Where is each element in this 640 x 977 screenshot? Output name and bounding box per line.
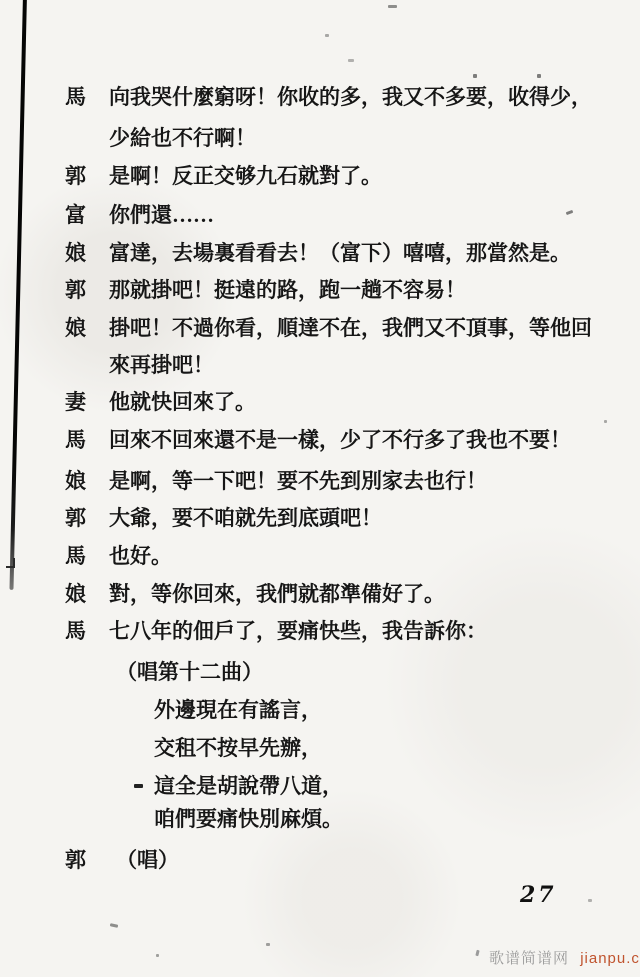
watermark: 歌谱简谱网 jianpu.cn <box>489 947 640 968</box>
speaker-label: 郭 <box>65 163 86 190</box>
stage-direction-text: （唱） <box>116 847 179 874</box>
speaker-label: 娘 <box>65 240 86 267</box>
scan-speck <box>348 59 354 62</box>
watermark-tick-mark <box>475 950 479 957</box>
dialogue-text: 回來不回來還不是一樣，少了不行多了我也不要！ <box>109 427 571 454</box>
scan-speck <box>325 34 329 37</box>
scan-speck <box>110 923 118 928</box>
speaker-label: 娘 <box>65 315 86 342</box>
script-line: 娘 是啊，等一下吧！要不先到別家去也行！ <box>0 468 640 498</box>
dialogue-text: 富達，去場裏看看去！（富下）嘻嘻，那當然是。 <box>109 240 571 267</box>
script-line: 來再掛吧！ <box>0 352 640 382</box>
script-line: 郭 大爺，要不咱就先到底頭吧！ <box>0 505 640 535</box>
bullet-mark <box>134 784 143 788</box>
script-line: 郭 （唱） <box>0 847 640 877</box>
scanned-script-page: 馬 向我哭什麼窮呀！你收的多，我又不多要，收得少， 少給也不行啊！ 郭 是啊！反… <box>0 0 640 977</box>
song-lyric-line: 交租不按早先辦， <box>0 735 640 765</box>
dialogue-text: 七八年的佃戶了，要痛快些，我告訴你： <box>109 618 487 645</box>
speaker-label: 郭 <box>65 847 86 874</box>
scan-speck <box>473 74 477 78</box>
script-line: 娘 富達，去場裏看看去！（富下）嘻嘻，那當然是。 <box>0 240 640 270</box>
speaker-label: 馬 <box>65 427 86 454</box>
speaker-label: 馬 <box>65 618 86 645</box>
watermark-site-url: jianpu.cn <box>580 950 640 967</box>
scan-speck <box>588 899 592 902</box>
song-lyric-line: 咱們要痛快別麻煩。 <box>0 806 640 836</box>
script-line: 妻 他就快回來了。 <box>0 389 640 419</box>
script-line: 郭 那就掛吧！挺遠的路，跑一趟不容易！ <box>0 277 640 307</box>
speaker-label: 妻 <box>65 389 86 416</box>
script-line: 少給也不行啊！ <box>0 125 640 155</box>
scan-speck <box>537 74 541 78</box>
dialogue-text: 也好。 <box>109 543 172 570</box>
dialogue-text: 你們還…… <box>109 202 214 229</box>
dialogue-text: 對，等你回來，我們就都準備好了。 <box>109 581 445 608</box>
dialogue-text: 向我哭什麼窮呀！你收的多，我又不多要，收得少， <box>109 84 592 111</box>
song-lyric-text: 外邊現在有謠言， <box>154 697 322 724</box>
song-lyric-line: 這全是胡說帶八道， <box>0 773 640 803</box>
dialogue-text: 他就快回來了。 <box>109 389 256 416</box>
song-lyric-line: 外邊現在有謠言， <box>0 697 640 727</box>
stage-direction-line: （唱第十二曲） <box>0 659 640 689</box>
speaker-label: 娘 <box>65 468 86 495</box>
script-line: 娘 掛吧！不過你看，順達不在，我們又不頂事，等他回 <box>0 315 640 345</box>
script-line: 富 你們還…… <box>0 202 640 232</box>
song-lyric-text: 交租不按早先辦， <box>154 735 322 762</box>
dialogue-text: 是啊，等一下吧！要不先到別家去也行！ <box>109 468 487 495</box>
dialogue-text: 那就掛吧！挺遠的路，跑一趟不容易！ <box>109 277 466 304</box>
scan-speck <box>266 943 270 946</box>
stage-direction-text: （唱第十二曲） <box>116 659 263 686</box>
dialogue-text: 大爺，要不咱就先到底頭吧！ <box>109 505 382 532</box>
speaker-label: 馬 <box>65 543 86 570</box>
speaker-label: 富 <box>65 202 86 229</box>
page-number: 27 <box>520 882 557 908</box>
script-line: 郭 是啊！反正交够九石就對了。 <box>0 163 640 193</box>
script-line: 馬 七八年的佃戶了，要痛快些，我告訴你： <box>0 618 640 648</box>
script-line: 娘 對，等你回來，我們就都準備好了。 <box>0 581 640 611</box>
script-line: 馬 回來不回來還不是一樣，少了不行多了我也不要！ <box>0 427 640 457</box>
dialogue-text: 少給也不行啊！ <box>109 125 256 152</box>
song-lyric-text: 這全是胡說帶八道， <box>154 773 343 800</box>
script-line: 馬 也好。 <box>0 543 640 573</box>
script-line: 馬 向我哭什麼窮呀！你收的多，我又不多要，收得少， <box>0 84 640 114</box>
song-lyric-text: 咱們要痛快別麻煩。 <box>154 806 343 833</box>
speaker-label: 娘 <box>65 581 86 608</box>
speaker-label: 馬 <box>65 84 86 111</box>
dialogue-text: 掛吧！不過你看，順達不在，我們又不頂事，等他回 <box>109 315 592 342</box>
dialogue-text: 來再掛吧！ <box>109 352 214 379</box>
scan-speck <box>604 420 607 423</box>
dialogue-text: 是啊！反正交够九石就對了。 <box>109 163 382 190</box>
scan-speck <box>388 5 397 8</box>
speaker-label: 郭 <box>65 277 86 304</box>
watermark-site-name: 歌谱简谱网 <box>489 950 569 967</box>
scan-speck <box>156 954 159 957</box>
speaker-label: 郭 <box>65 505 86 532</box>
